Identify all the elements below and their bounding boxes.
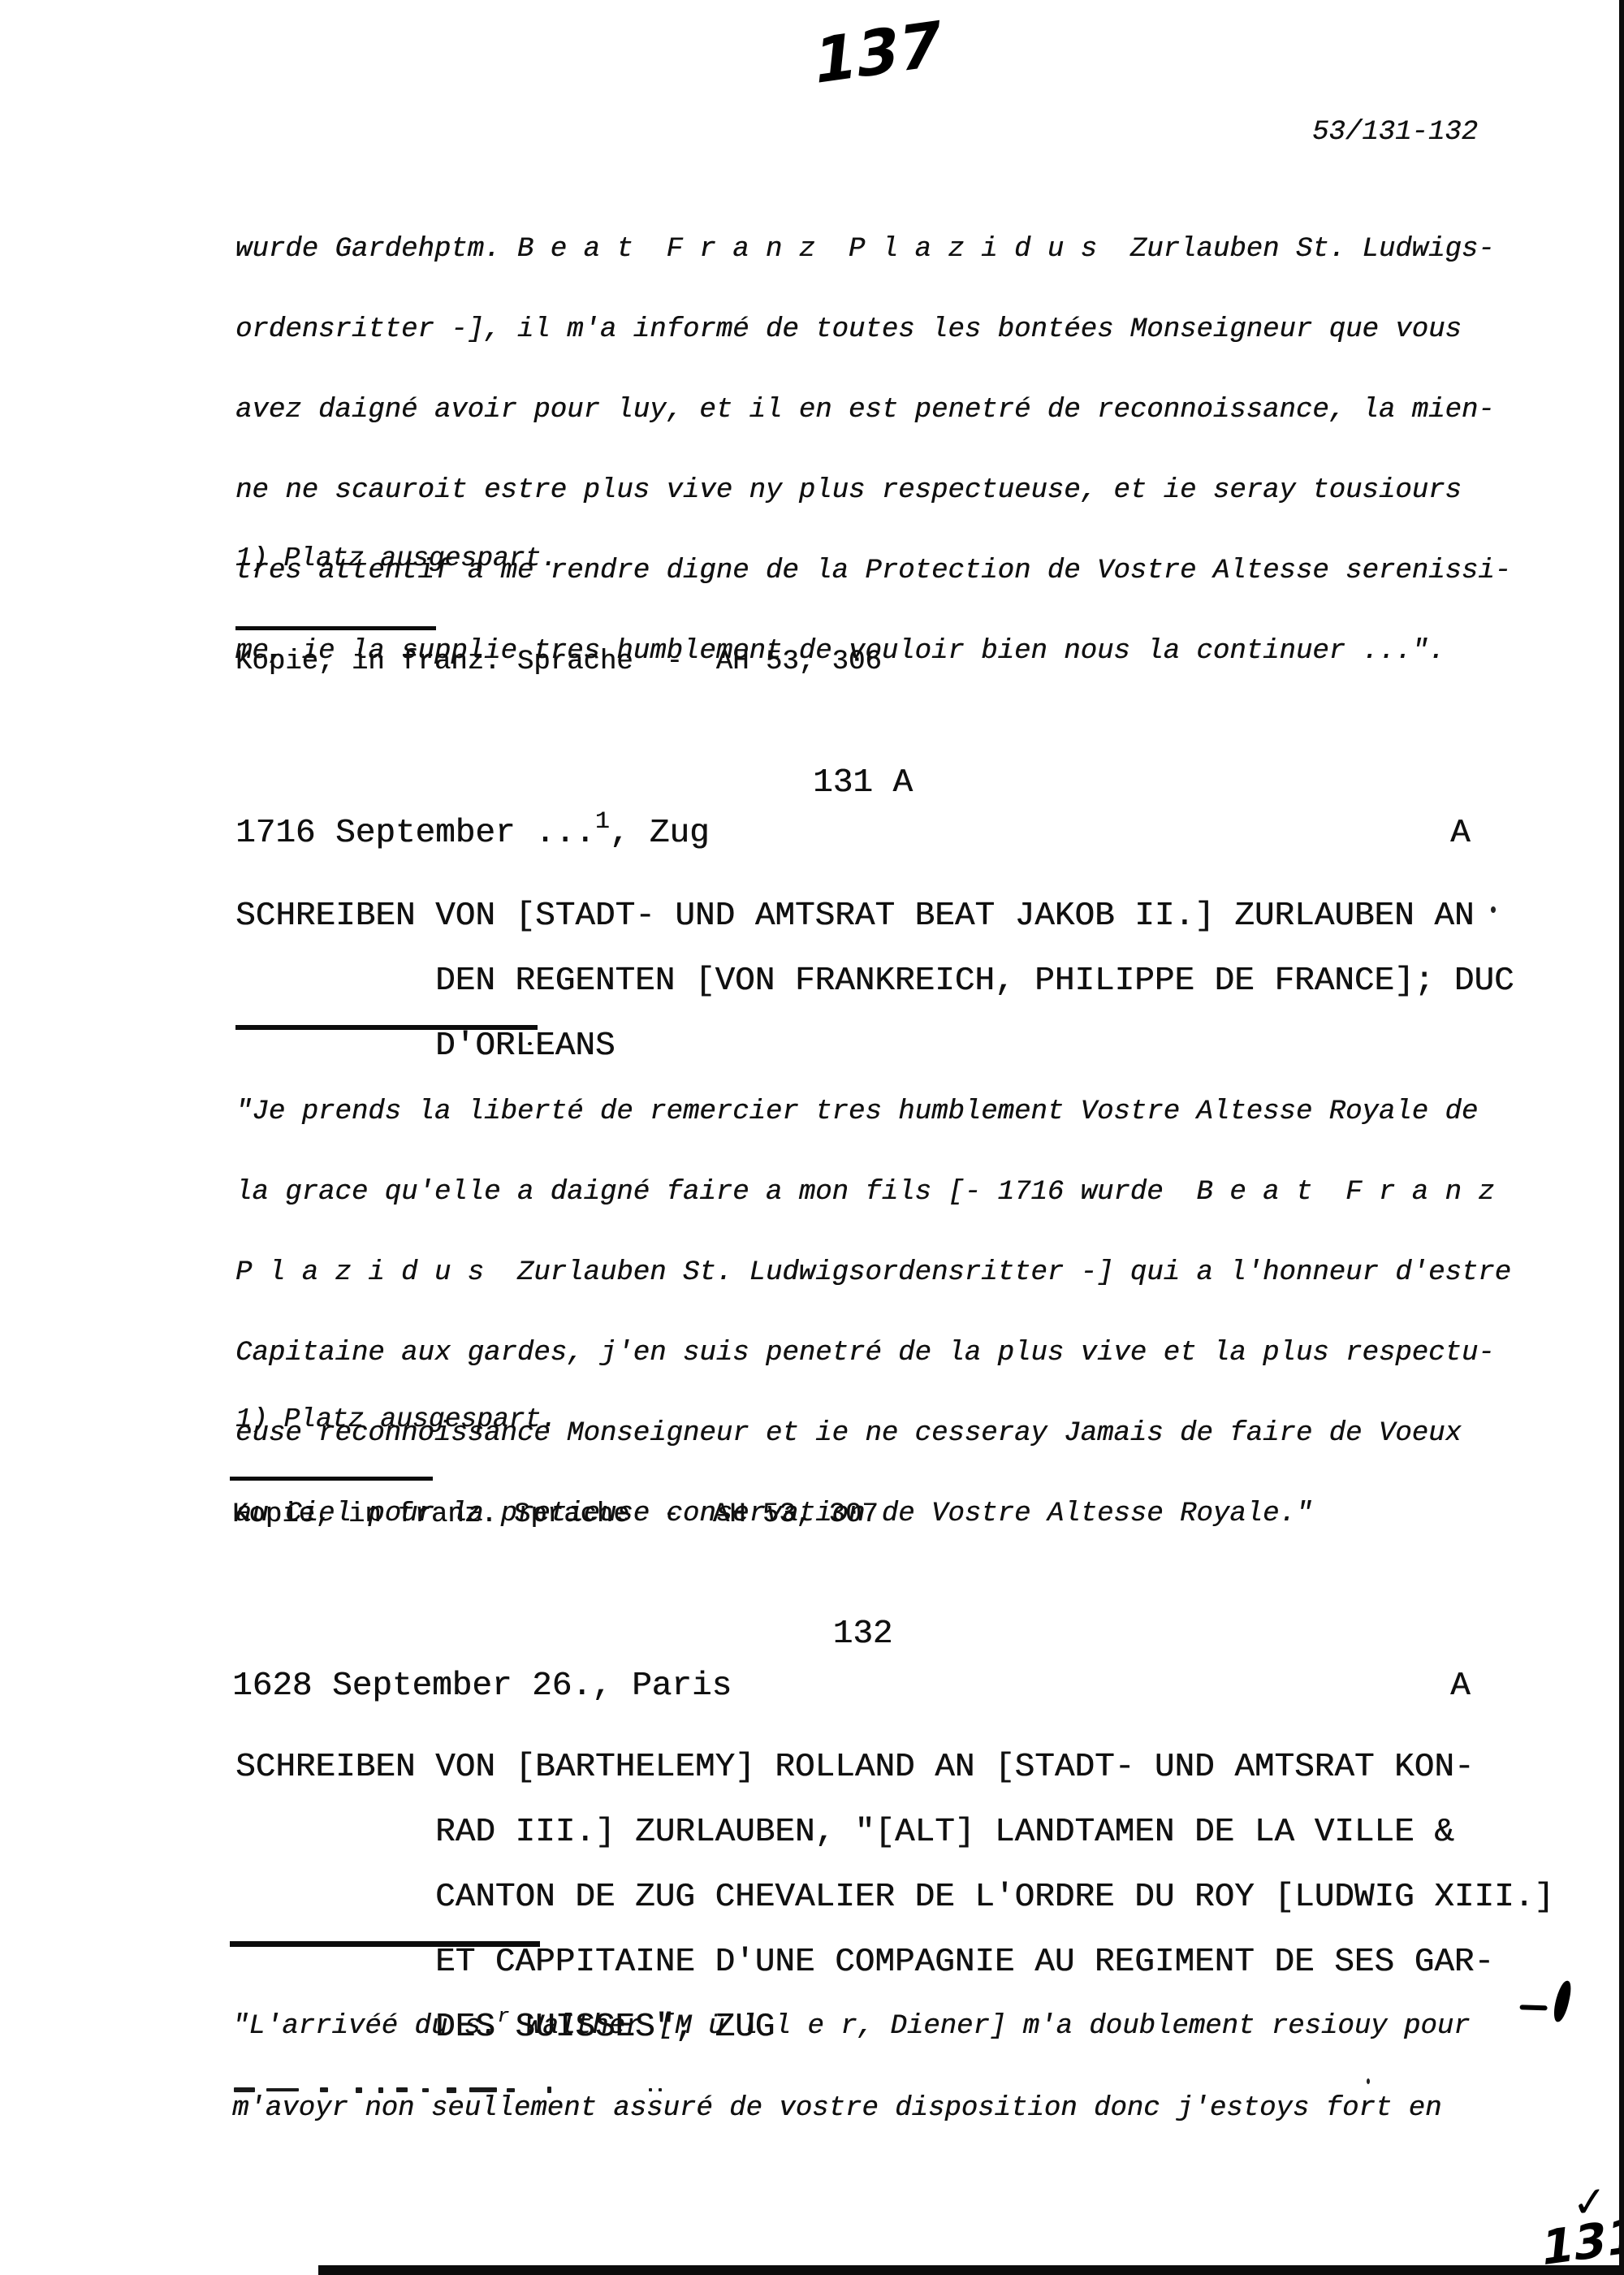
illegible-cutoff-text-fragments bbox=[234, 2084, 965, 2096]
quote-line: "Je prends la liberté de remercier tres … bbox=[235, 1087, 1511, 1138]
quote-text: "L'arrivéé du s. bbox=[232, 2011, 497, 2042]
quote-line: P l a z i d u s Zurlauben St. Ludwigsord… bbox=[235, 1248, 1511, 1299]
scan-edge-line-right bbox=[1619, 0, 1624, 2275]
scan-speck bbox=[1491, 906, 1496, 913]
dateline-text: 1716 September ... bbox=[235, 815, 595, 852]
stray-ink-mark bbox=[1552, 1979, 1573, 2023]
handwritten-page-number-top: 137 bbox=[810, 6, 946, 98]
quote-line: avez daigné avoir pour luy, et il en est… bbox=[235, 385, 1511, 436]
stray-ink-dot bbox=[528, 1042, 532, 1045]
separator-rule bbox=[235, 1025, 538, 1030]
title-line: SCHREIBEN VON [STADT- UND AMTSRAT BEAT J… bbox=[235, 898, 1514, 934]
footnote-marker: 1 bbox=[595, 807, 610, 835]
title-line: SCHREIBEN VON [BARTHELEMY] ROLLAND AN [S… bbox=[235, 1750, 1554, 1785]
entry-number-heading: 132 bbox=[235, 1615, 1490, 1654]
scan-speck bbox=[1367, 2078, 1370, 2084]
entry-quote-paragraph: "L'arrivéé du s.r Walther [M ü l l e r, … bbox=[232, 1972, 1471, 2164]
quote-line: Capitaine aux gardes, j'en suis penetré … bbox=[235, 1328, 1511, 1379]
entry-quote-paragraph: "Je prends la liberté de remercier tres … bbox=[235, 1057, 1511, 1569]
entry-dateline: 1628 September 26., Paris bbox=[232, 1667, 732, 1706]
marginal-letter: A bbox=[1450, 814, 1471, 853]
separator-rule bbox=[235, 626, 436, 630]
quote-line: "L'arrivéé du s.r Walther [M ü l l e r, … bbox=[232, 2001, 1471, 2054]
source-note: Kopie, in franz. Sprache - AH 53, 307 bbox=[232, 1499, 879, 1531]
entry-dateline: 1716 September ...1, Zug bbox=[235, 814, 710, 854]
quote-text: Walther [M ü l l e r, Diener] m'a double… bbox=[509, 2011, 1470, 2042]
separator-rule bbox=[230, 1477, 433, 1481]
source-note: Kopie, in franz. Sprache - AH 53, 306 bbox=[235, 646, 882, 678]
separator-rule bbox=[230, 1941, 540, 1947]
quote-line: ne ne scauroit estre plus vive ny plus r… bbox=[235, 465, 1511, 517]
title-line: RAD III.] ZURLAUBEN, "[ALT] LANDTAMEN DE… bbox=[435, 1814, 1554, 1850]
entry-number-heading: 131 A bbox=[235, 763, 1490, 802]
quote-line: ordensritter -], il m'a informé de toute… bbox=[235, 305, 1511, 356]
scanned-document-page: 137 53/131-132 wurde Gardehptm. B e a t … bbox=[0, 0, 1624, 2275]
title-line: CANTON DE ZUG CHEVALIER DE L'ORDRE DU RO… bbox=[435, 1879, 1554, 1915]
dateline-place: , Zug bbox=[610, 815, 710, 852]
superscript-r: r bbox=[497, 2006, 509, 2028]
footnote: 1) Platz ausgespart. bbox=[235, 1402, 557, 1438]
title-line: DEN REGENTEN [VON FRANKREICH, PHILIPPE D… bbox=[435, 963, 1514, 999]
footnote: 1) Platz ausgespart. bbox=[235, 541, 557, 577]
quote-line: wurde Gardehptm. B e a t F r a n z P l a… bbox=[235, 224, 1511, 275]
archive-reference: 53/131-132 bbox=[1312, 107, 1478, 158]
scan-edge-bar-bottom bbox=[318, 2265, 1624, 2275]
marginal-letter: A bbox=[1450, 1667, 1471, 1706]
quote-line: la grace qu'elle a daigné faire a mon fi… bbox=[235, 1167, 1511, 1218]
